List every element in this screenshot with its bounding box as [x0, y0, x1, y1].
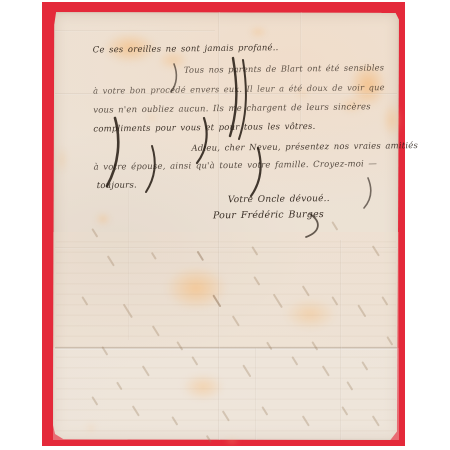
letter-line: toujours.: [97, 181, 137, 191]
letter-line: compliments pour vous et pour tous les v…: [93, 122, 315, 135]
letter-line: Ce ses oreilles ne sont jamais profané..: [93, 43, 279, 55]
photo-frame: Ce ses oreilles ne sont jamais profané..…: [0, 0, 450, 450]
letter-line: Tous nos parents de Blart ont été sensib…: [184, 62, 384, 74]
letter-line: à votre bon procédé envers eux. Il leur …: [93, 82, 385, 96]
signature-line: Pour Frédéric Burges: [213, 209, 324, 221]
letter-line: à votre épouse, ainsi qu'à toute votre f…: [94, 159, 378, 172]
handwritten-text: Ce ses oreilles ne sont jamais profané..…: [0, 0, 450, 450]
letter-line: Adieu, cher Neveu, présentez nos vraies …: [191, 141, 418, 154]
letter-line: vous n'en oubliez aucun. Ils me chargent…: [93, 102, 371, 115]
closing-line: Votre Oncle dévoué..: [228, 194, 330, 205]
